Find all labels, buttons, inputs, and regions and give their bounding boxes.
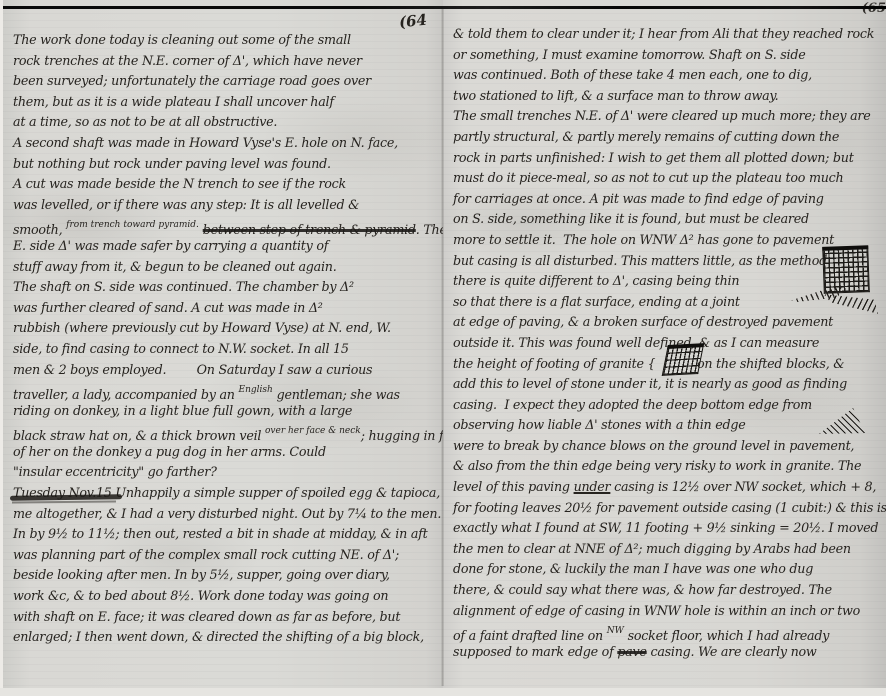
manuscript-line: for carriages at once. A pit was made to… (453, 189, 882, 210)
right-page: (65 & told them to clear under it; I hea… (443, 0, 886, 696)
manuscript-line: of her on the donkey a pug dog in her ar… (13, 442, 439, 463)
manuscript-line: was planning part of the complex small r… (13, 545, 439, 566)
manuscript-line: A second shaft was made in Howard Vyse's… (13, 133, 439, 154)
manuscript-line: side, to find casing to connect to N.W. … (13, 339, 439, 360)
manuscript-line: done for stone, & luckily the man I have… (453, 559, 882, 580)
manuscript-line: were to break by chance blows on the gro… (453, 436, 882, 457)
granite-footing-sketch (662, 343, 705, 376)
manuscript-line: but nothing but rock under paving level … (13, 154, 439, 175)
manuscript-line: The shaft on S. side was continued. The … (13, 277, 439, 298)
manuscript-line: the men to clear at NNE of Δ²; much digg… (453, 539, 882, 560)
crosshatch-square (822, 245, 870, 294)
manuscript-line: two stationed to lift, & a surface man t… (453, 86, 882, 107)
manuscript-line: partly structural, & partly merely remai… (453, 127, 882, 148)
manuscript-line: stuff away from it, & begun to be cleane… (13, 257, 439, 278)
manuscript-line: riding on donkey, in a light blue full g… (13, 401, 439, 422)
manuscript-line: A cut was made beside the N trench to se… (13, 174, 439, 195)
manuscript-line: of a faint drafted line on NW socket flo… (453, 621, 882, 642)
manuscript-line: alignment of edge of casing in WNW hole … (453, 601, 882, 622)
manuscript-line: or something, I must examine tomorrow. S… (453, 45, 882, 66)
manuscript-line: was further cleared of sand. A cut was m… (13, 298, 439, 319)
manuscript-line: there, & could say what there was, & how… (453, 580, 882, 601)
manuscript-line: on S. side, something like it is found, … (453, 209, 882, 230)
left-page-text: The work done today is cleaning out some… (0, 0, 443, 648)
manuscript-line: traveller, a lady, accompanied by an Eng… (13, 380, 439, 401)
manuscript-line: beside looking after men. In by 5½, supp… (13, 565, 439, 586)
manuscript-line: add this to level of stone under it, it … (453, 374, 882, 395)
manuscript-scan: (64 The work done today is cleaning out … (0, 0, 886, 696)
manuscript-line: E. side Δ' was made safer by carrying a … (13, 236, 439, 257)
manuscript-line: rock trenches at the N.E. corner of Δ', … (13, 51, 439, 72)
manuscript-line: rubbish (where previously cut by Howard … (13, 318, 439, 339)
manuscript-line: The work done today is cleaning out some… (13, 30, 439, 51)
scan-bottom-margin (0, 688, 886, 696)
page-fold (441, 9, 444, 686)
manuscript-line: & also from the thin edge being very ris… (453, 456, 882, 477)
page-top-edge (0, 6, 886, 9)
manuscript-line: smooth, from trench toward pyramid. betw… (13, 215, 439, 236)
manuscript-line: exactly what I found at SW, 11 footing +… (453, 518, 882, 539)
left-page: (64 The work done today is cleaning out … (0, 0, 443, 696)
manuscript-line: enlarged; I then went down, & directed t… (13, 627, 439, 648)
manuscript-line: supposed to mark edge of pave casing. We… (453, 642, 882, 663)
manuscript-line: The small trenches N.E. of Δ' were clear… (453, 106, 882, 127)
manuscript-line: me altogether, & I had a very disturbed … (13, 504, 439, 525)
manuscript-line: casing. I expect they adopted the deep b… (453, 395, 882, 416)
manuscript-line: been surveyed; unfortunately the carriag… (13, 71, 439, 92)
manuscript-line: black straw hat on, & a thick brown veil… (13, 421, 439, 442)
page-number-left: (64 (398, 11, 428, 32)
manuscript-line: work &c, & to bed about 8½. Work done to… (13, 586, 439, 607)
manuscript-line: Tuesday Nov.15 Unhappily a simple supper… (13, 483, 439, 504)
manuscript-line: was continued. Both of these take 4 men … (453, 65, 882, 86)
manuscript-line: must do it piece-meal, so as not to cut … (453, 168, 882, 189)
manuscript-line: at a time, so as not to be at all obstru… (13, 112, 439, 133)
manuscript-line: "insular eccentricity" go farther? (13, 462, 439, 483)
manuscript-line: & told them to clear under it; I hear fr… (453, 24, 882, 45)
casing-block-sketch (795, 238, 877, 332)
manuscript-line: men & 2 boys employed. On Saturday I saw… (13, 360, 439, 381)
manuscript-line: In by 9½ to 11½; then out, rested a bit … (13, 524, 439, 545)
manuscript-line: was levelled, or if there was any step: … (13, 195, 439, 216)
manuscript-line: observing how liable Δ' stones with a th… (453, 415, 882, 436)
manuscript-line: level of this paving under casing is 12½… (453, 477, 882, 498)
manuscript-line: rock in parts unfinished: I wish to get … (453, 148, 882, 169)
manuscript-line: with shaft on E. face; it was cleared do… (13, 607, 439, 628)
manuscript-line: them, but as it is a wide plateau I shal… (13, 92, 439, 113)
manuscript-line: for footing leaves 20½ for pavement outs… (453, 498, 882, 519)
scan-left-margin (0, 0, 3, 696)
